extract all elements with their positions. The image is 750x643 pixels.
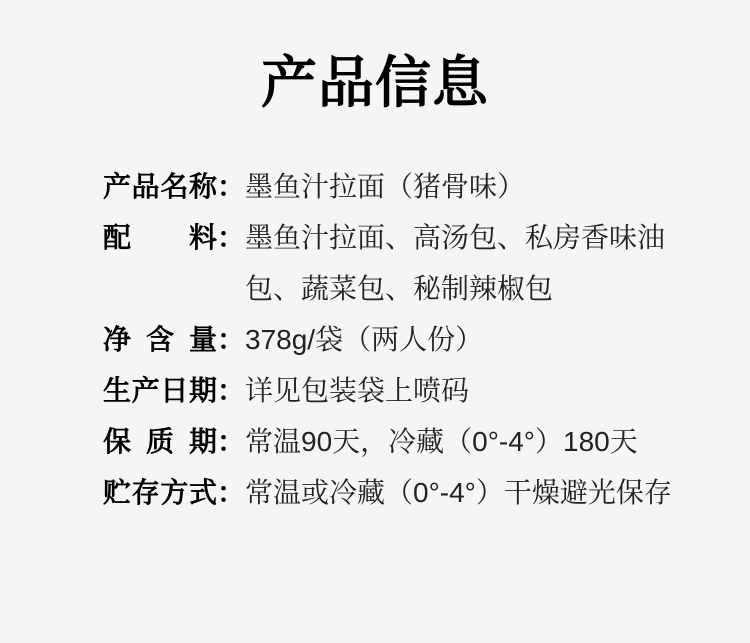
row-label-text: 贮存方式 (103, 467, 217, 518)
row-label: 贮存方式 ： (103, 467, 245, 518)
info-row-product-name: 产品名称 ： 墨鱼汁拉面（猪骨味） (103, 161, 685, 212)
row-value: 墨鱼汁拉面、高汤包、私房香味油包、蔬菜包、秘制辣椒包 (245, 212, 685, 314)
row-label-colon: ： (217, 365, 245, 416)
row-value: 378g/袋（两人份） (245, 314, 685, 365)
info-row-shelf-life: 保质期 ： 常温90天，冷藏（0°-4°）180天 (103, 416, 685, 467)
product-info-panel: 产品信息 产品名称 ： 墨鱼汁拉面（猪骨味） 配料 ： 墨鱼汁拉面、高汤包、私房… (0, 0, 750, 643)
row-value: 墨鱼汁拉面（猪骨味） (245, 161, 685, 212)
info-row-ingredients: 配料 ： 墨鱼汁拉面、高汤包、私房香味油包、蔬菜包、秘制辣椒包 (103, 212, 685, 314)
page-title: 产品信息 (0, 0, 750, 114)
info-row-storage-method: 贮存方式 ： 常温或冷藏（0°-4°）干燥避光保存 (103, 467, 685, 518)
row-label-colon: ： (217, 161, 245, 212)
row-label-colon: ： (217, 416, 245, 467)
row-label-colon: ： (217, 212, 245, 263)
info-row-production-date: 生产日期 ： 详见包装袋上喷码 (103, 365, 685, 416)
row-value: 详见包装袋上喷码 (245, 365, 685, 416)
row-label: 生产日期 ： (103, 365, 245, 416)
info-row-net-weight: 净含量 ： 378g/袋（两人份） (103, 314, 685, 365)
row-label: 净含量 ： (103, 314, 245, 365)
row-label: 产品名称 ： (103, 161, 245, 212)
row-value: 常温90天，冷藏（0°-4°）180天 (245, 416, 685, 467)
row-label-text: 净含量 (103, 314, 217, 365)
row-label-text: 保质期 (103, 416, 217, 467)
row-value: 常温或冷藏（0°-4°）干燥避光保存 (245, 467, 685, 518)
row-label: 保质期 ： (103, 416, 245, 467)
product-info-table: 产品名称 ： 墨鱼汁拉面（猪骨味） 配料 ： 墨鱼汁拉面、高汤包、私房香味油包、… (103, 161, 685, 518)
row-label-colon: ： (217, 467, 245, 518)
row-label-text: 产品名称 (103, 161, 217, 212)
row-label-colon: ： (217, 314, 245, 365)
row-label-text: 配料 (103, 212, 217, 263)
row-label: 配料 ： (103, 212, 245, 263)
row-label-text: 生产日期 (103, 365, 217, 416)
